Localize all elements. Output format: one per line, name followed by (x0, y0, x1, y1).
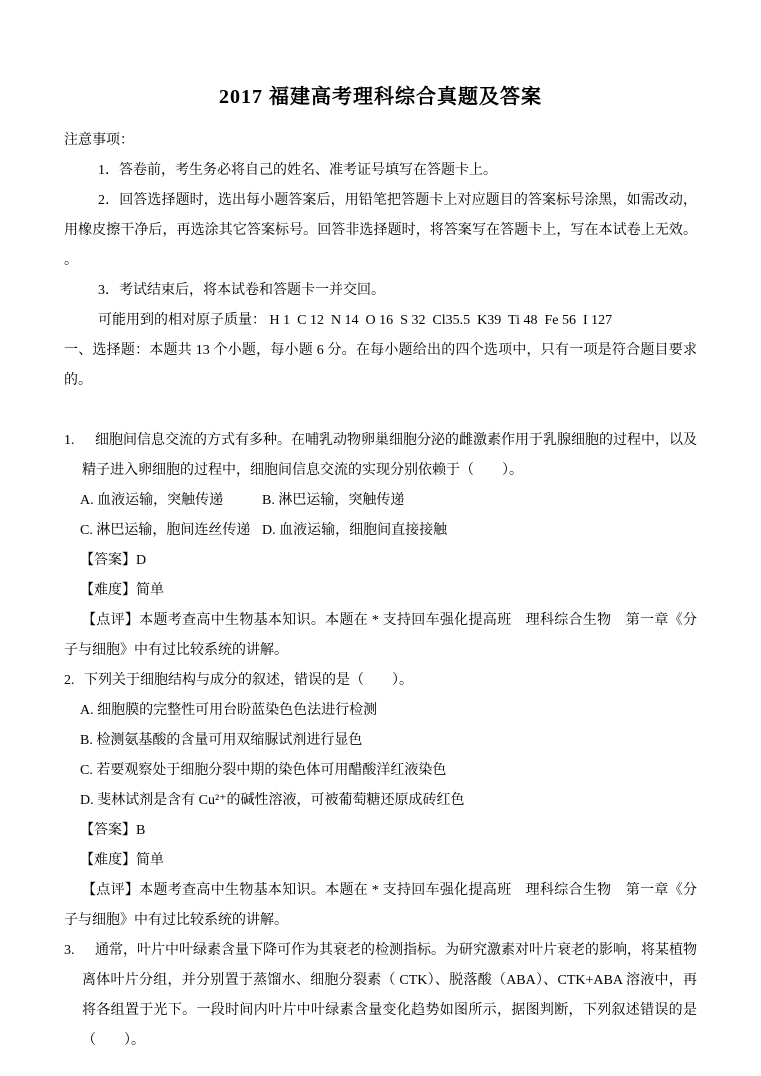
question-1-stem: 1.细胞间信息交流的方式有多种。在哺乳动物卵巢细胞分泌的雌激素作用于乳腺细胞的过… (64, 426, 697, 486)
notice-item-3: 3．考试结束后，将本试卷和答题卡一并交回。 (64, 276, 697, 306)
question-1-answer: 【答案】D (64, 546, 697, 576)
question-1-option-c: C. 淋巴运输，胞间连丝传递 (80, 516, 262, 546)
atomic-mass-line: 可能用到的相对原子质量： H 1 C 12 N 14 O 16 S 32 Cl3… (64, 306, 697, 336)
question-2-number: 2. (64, 666, 84, 696)
notice-item-2: 2．回答选择题时，选出每小题答案后，用铅笔把答题卡上对应题目的答案标号涂黑，如需… (64, 186, 697, 276)
question-2-option-d: D. 斐林试剂是含有 Cu²⁺的碱性溶液，可被葡萄糖还原成砖红色 (64, 786, 697, 816)
question-3: 3.通常，叶片中叶绿素含量下降可作为其衰老的检测指标。为研究激素对叶片衰老的影响… (64, 936, 697, 1056)
question-2-difficulty: 【难度】简单 (64, 846, 697, 876)
question-1: 1.细胞间信息交流的方式有多种。在哺乳动物卵巢细胞分泌的雌激素作用于乳腺细胞的过… (64, 426, 697, 666)
question-2-text: 下列关于细胞结构与成分的叙述，错误的是（ ）。 (84, 673, 413, 688)
question-1-number: 1. (64, 426, 95, 456)
question-1-option-a: A. 血液运输，突触传递 (80, 486, 262, 516)
question-1-option-d: D. 血液运输，细胞间直接接触 (262, 516, 697, 546)
question-2: 2.下列关于细胞结构与成分的叙述，错误的是（ ）。 A. 细胞膜的完整性可用台盼… (64, 666, 697, 936)
section-1-header: 一、选择题：本题共 13 个小题，每小题 6 分。在每小题给出的四个选项中，只有… (64, 336, 697, 396)
blank-line (64, 396, 697, 426)
question-2-comment: 【点评】本题考查高中生物基本知识。本题在 * 支持回车强化提高班 理科综合生物 … (64, 876, 697, 936)
question-1-option-b: B. 淋巴运输，突触传递 (262, 486, 697, 516)
document-title: 2017 福建高考理科综合真题及答案 (64, 0, 697, 110)
document-page: 2017 福建高考理科综合真题及答案 注意事项： 1．答卷前，考生务必将自己的姓… (0, 0, 761, 1076)
question-2-option-a: A. 细胞膜的完整性可用台盼蓝染色色法进行检测 (64, 696, 697, 726)
notice-item-1: 1．答卷前，考生务必将自己的姓名、准考证号填写在答题卡上。 (64, 156, 697, 186)
question-2-option-b: B. 检测氨基酸的含量可用双缩脲试剂进行显色 (64, 726, 697, 756)
question-2-option-c: C. 若要观察处于细胞分裂中期的染色体可用醋酸洋红液染色 (64, 756, 697, 786)
question-1-text: 细胞间信息交流的方式有多种。在哺乳动物卵巢细胞分泌的雌激素作用于乳腺细胞的过程中… (82, 433, 697, 478)
question-1-difficulty: 【难度】简单 (64, 576, 697, 606)
question-1-options: A. 血液运输，突触传递 B. 淋巴运输，突触传递 C. 淋巴运输，胞间连丝传递… (64, 486, 697, 546)
question-3-text: 通常，叶片中叶绿素含量下降可作为其衰老的检测指标。为研究激素对叶片衰老的影响，将… (82, 943, 697, 1048)
question-1-comment: 【点评】本题考查高中生物基本知识。本题在 * 支持回车强化提高班 理科综合生物 … (64, 606, 697, 666)
question-2-answer: 【答案】B (64, 816, 697, 846)
question-3-stem: 3.通常，叶片中叶绿素含量下降可作为其衰老的检测指标。为研究激素对叶片衰老的影响… (64, 936, 697, 1056)
question-3-number: 3. (64, 936, 95, 966)
question-2-stem: 2.下列关于细胞结构与成分的叙述，错误的是（ ）。 (64, 666, 697, 696)
notice-heading: 注意事项： (64, 126, 697, 156)
